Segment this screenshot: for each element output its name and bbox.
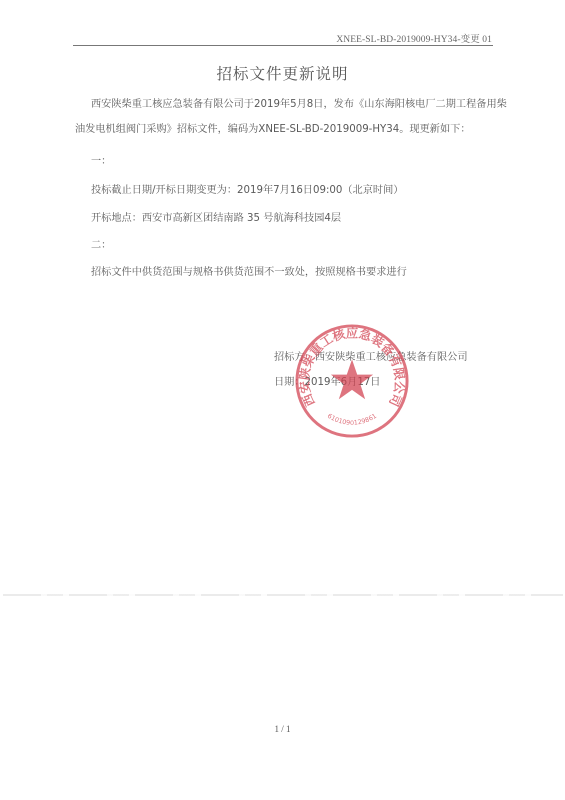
section-1-heading: 一： [91, 149, 111, 174]
section-2-heading: 二： [91, 233, 111, 258]
section-1-bid-deadline: 投标截止日期/开标日期变更为：2019年7月16日09:00（北京时间） [91, 178, 403, 203]
document-title: 招标文件更新说明 [0, 62, 565, 84]
signature-date: 日期：2019年6月17日 [274, 370, 381, 395]
stamp-serial: 6101090129861 [326, 412, 378, 427]
document-page: XNEE-SL-BD-2019009-HY34-变更 01 招标文件更新说明 西… [0, 0, 565, 800]
document-reference-code: XNEE-SL-BD-2019009-HY34-变更 01 [336, 31, 492, 45]
signer-line: 招标方：西安陕柴重工核应急装备有限公司 [274, 345, 468, 370]
scan-artifact-line [3, 594, 563, 596]
header-divider [73, 45, 493, 46]
section-1-bid-location: 开标地点：西安市高新区团结南路 35 号航海科技园4层 [91, 206, 341, 231]
section-2-scope-note: 招标文件中供货范围与规格书供货范围不一致处，按照规格书要求进行 [91, 260, 407, 285]
intro-paragraph-line-2: 油发电机组阀门采购》招标文件，编码为XNEE-SL-BD-2019009-HY3… [75, 117, 471, 142]
intro-paragraph-line-1: 西安陕柴重工核应急装备有限公司于2019年5月8日，发布《山东海阳核电厂二期工程… [91, 92, 507, 117]
page-number: 1 / 1 [0, 724, 565, 734]
